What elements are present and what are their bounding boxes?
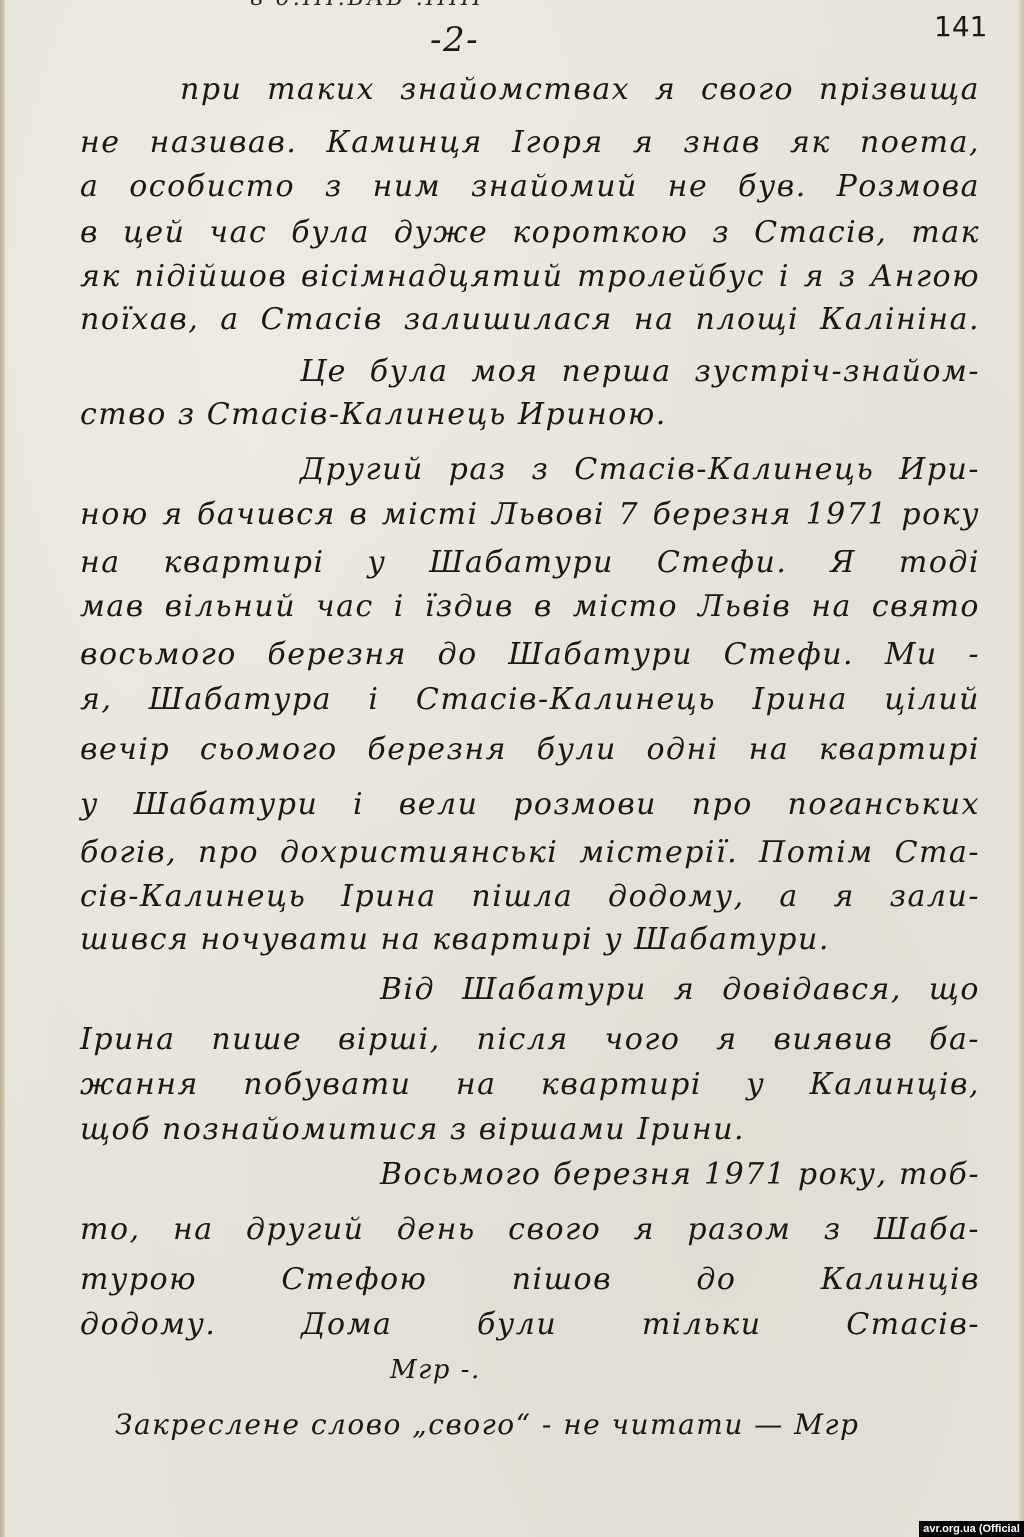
text-line: мав вільний час і їздив в місто Львів на… xyxy=(80,592,980,622)
text-line: ство з Стасів-Калинець Ириною. xyxy=(80,400,980,430)
archive-folio-number: 141 xyxy=(934,10,987,43)
text-line: жання побувати на квартирі у Калинців, xyxy=(80,1070,980,1100)
signature: Мгр -. xyxy=(390,1355,481,1385)
page-left-edge xyxy=(0,0,5,1537)
document-page: в д.ІІІ.ВАВ .ІІІІІ -2- 141 при таких зна… xyxy=(0,0,1024,1537)
text-line: поїхав, а Стасів залишилася на площі Кал… xyxy=(80,305,980,335)
page-right-edge xyxy=(1018,0,1024,1537)
text-line: у Шабатури і вели розмови про поганських xyxy=(80,790,980,820)
text-line: Ірина пише вірші, після чого я виявив ба… xyxy=(80,1025,980,1055)
text-line: я, Шабатура і Стасів-Калинець Ірина ціли… xyxy=(80,685,980,715)
text-line: то, на другий день свого я разом з Шаба- xyxy=(80,1215,980,1245)
text-line: як підійшов вісімнадцятий тролейбус і я … xyxy=(80,262,980,292)
text-line: Це була моя перша зустріч-знайом- xyxy=(300,357,980,387)
text-line: богів, про дохристиянські містерії. Поті… xyxy=(80,838,980,868)
text-line: шився ночувати на квартирі у Шабатури. xyxy=(80,925,980,955)
text-line: додому. Дома були тільки Стасів- xyxy=(80,1310,980,1340)
text-line: турою Стефою пішов до Калинців xyxy=(80,1265,980,1295)
text-line: в цей час була дуже короткою з Стасів, т… xyxy=(80,218,980,248)
text-line: вечір сьомого березня були одні на кварт… xyxy=(80,735,980,765)
text-line: Другий раз з Стасів-Калинець Ири- xyxy=(300,455,980,485)
text-line: щоб познайомитися з віршами Ірини. xyxy=(80,1115,980,1145)
page-number: -2- xyxy=(430,20,479,60)
text-line: а особисто з ним знайомий не був. Розмов… xyxy=(80,172,980,202)
text-line: Від Шабатури я довідався, що xyxy=(380,975,980,1005)
text-line: при таких знайомствах я свого прізвища xyxy=(180,75,980,105)
text-line: на квартирі у Шабатури Стефи. Я тоді xyxy=(80,548,980,578)
text-line: сів-Калинець Ірина пішла додому, а я зал… xyxy=(80,882,980,912)
correction-footnote: Закреслене слово „свого“ - не читати — М… xyxy=(115,1408,859,1441)
text-line: Восьмого березня 1971 року, тоб- xyxy=(380,1160,980,1190)
cut-off-top-line: в д.ІІІ.ВАВ .ІІІІІ xyxy=(250,0,484,11)
text-line: не називав. Каминця Ігоря я знав як поет… xyxy=(80,128,980,158)
text-line: ною я бачився в місті Львові 7 березня 1… xyxy=(80,500,980,530)
text-line: восьмого березня до Шабатури Стефи. Ми - xyxy=(80,640,980,670)
source-watermark: avr.org.ua (Official website) xyxy=(919,1521,1024,1537)
